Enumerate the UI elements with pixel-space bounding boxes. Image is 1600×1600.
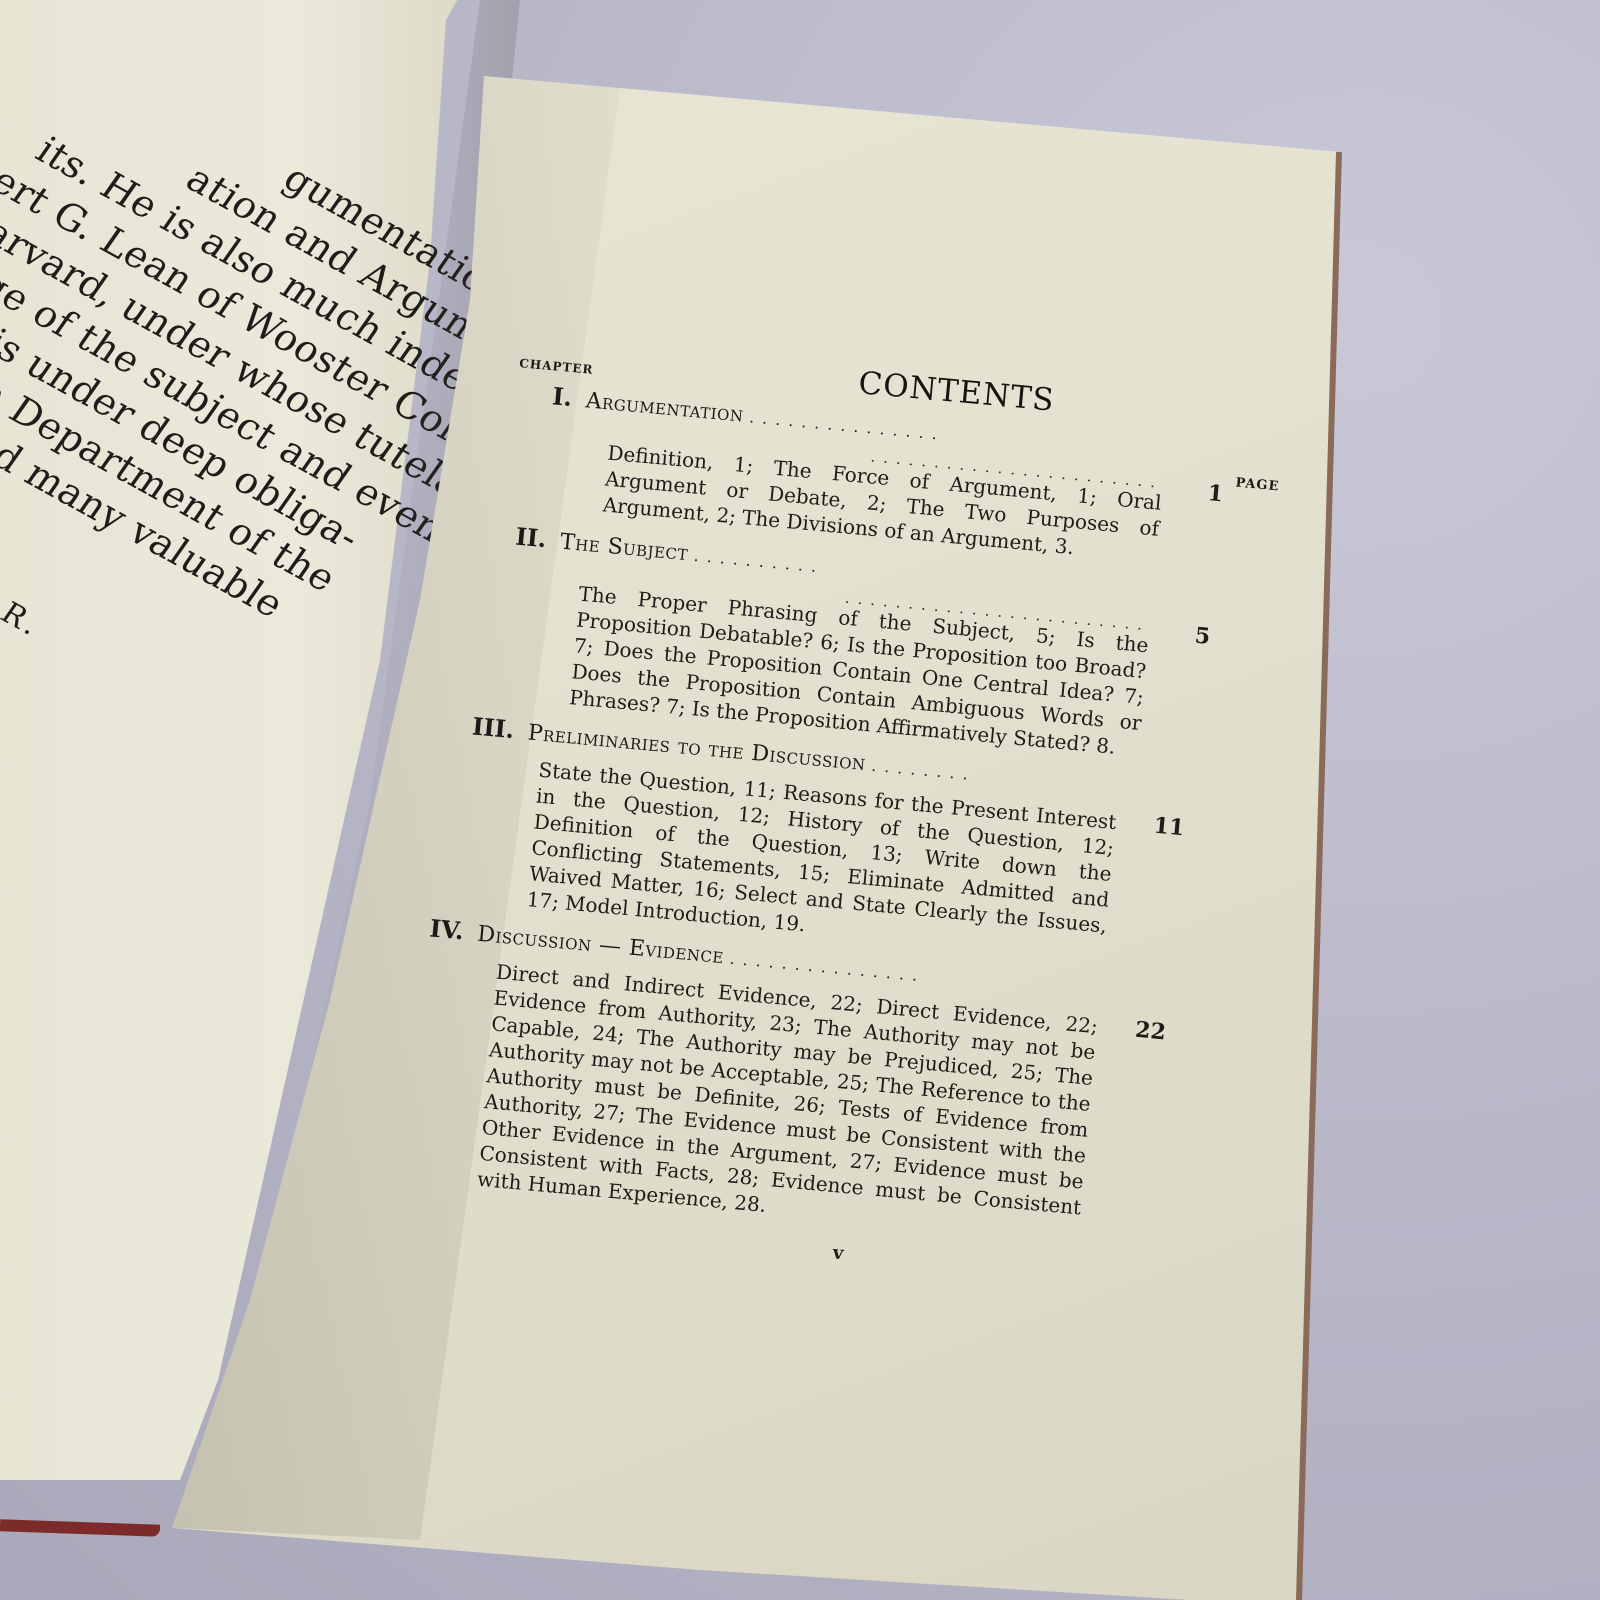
page-number: 22 <box>1124 1016 1176 1046</box>
table-of-contents: CONTENTS CHAPTER PAGE I. Argumentation .… <box>449 335 1267 1295</box>
chapter-number: II. <box>514 522 547 555</box>
page-number: 11 <box>1143 812 1195 842</box>
page-number: 1 <box>1189 479 1241 509</box>
chapter-number: IV. <box>428 913 465 946</box>
chapter-column-label: CHAPTER <box>519 356 594 377</box>
page-number: 5 <box>1176 621 1228 651</box>
chapter-title: The Subject <box>559 528 696 570</box>
toc-entry-chapter-4: IV. Discussion — Evidence ..............… <box>452 918 1214 1257</box>
chapter-title: Argumentation <box>584 386 750 431</box>
chapter-number: I. <box>551 381 573 413</box>
chapter-summary: Direct and Indirect Evidence, 22; Direct… <box>476 959 1099 1247</box>
chapter-number: III. <box>471 711 516 745</box>
